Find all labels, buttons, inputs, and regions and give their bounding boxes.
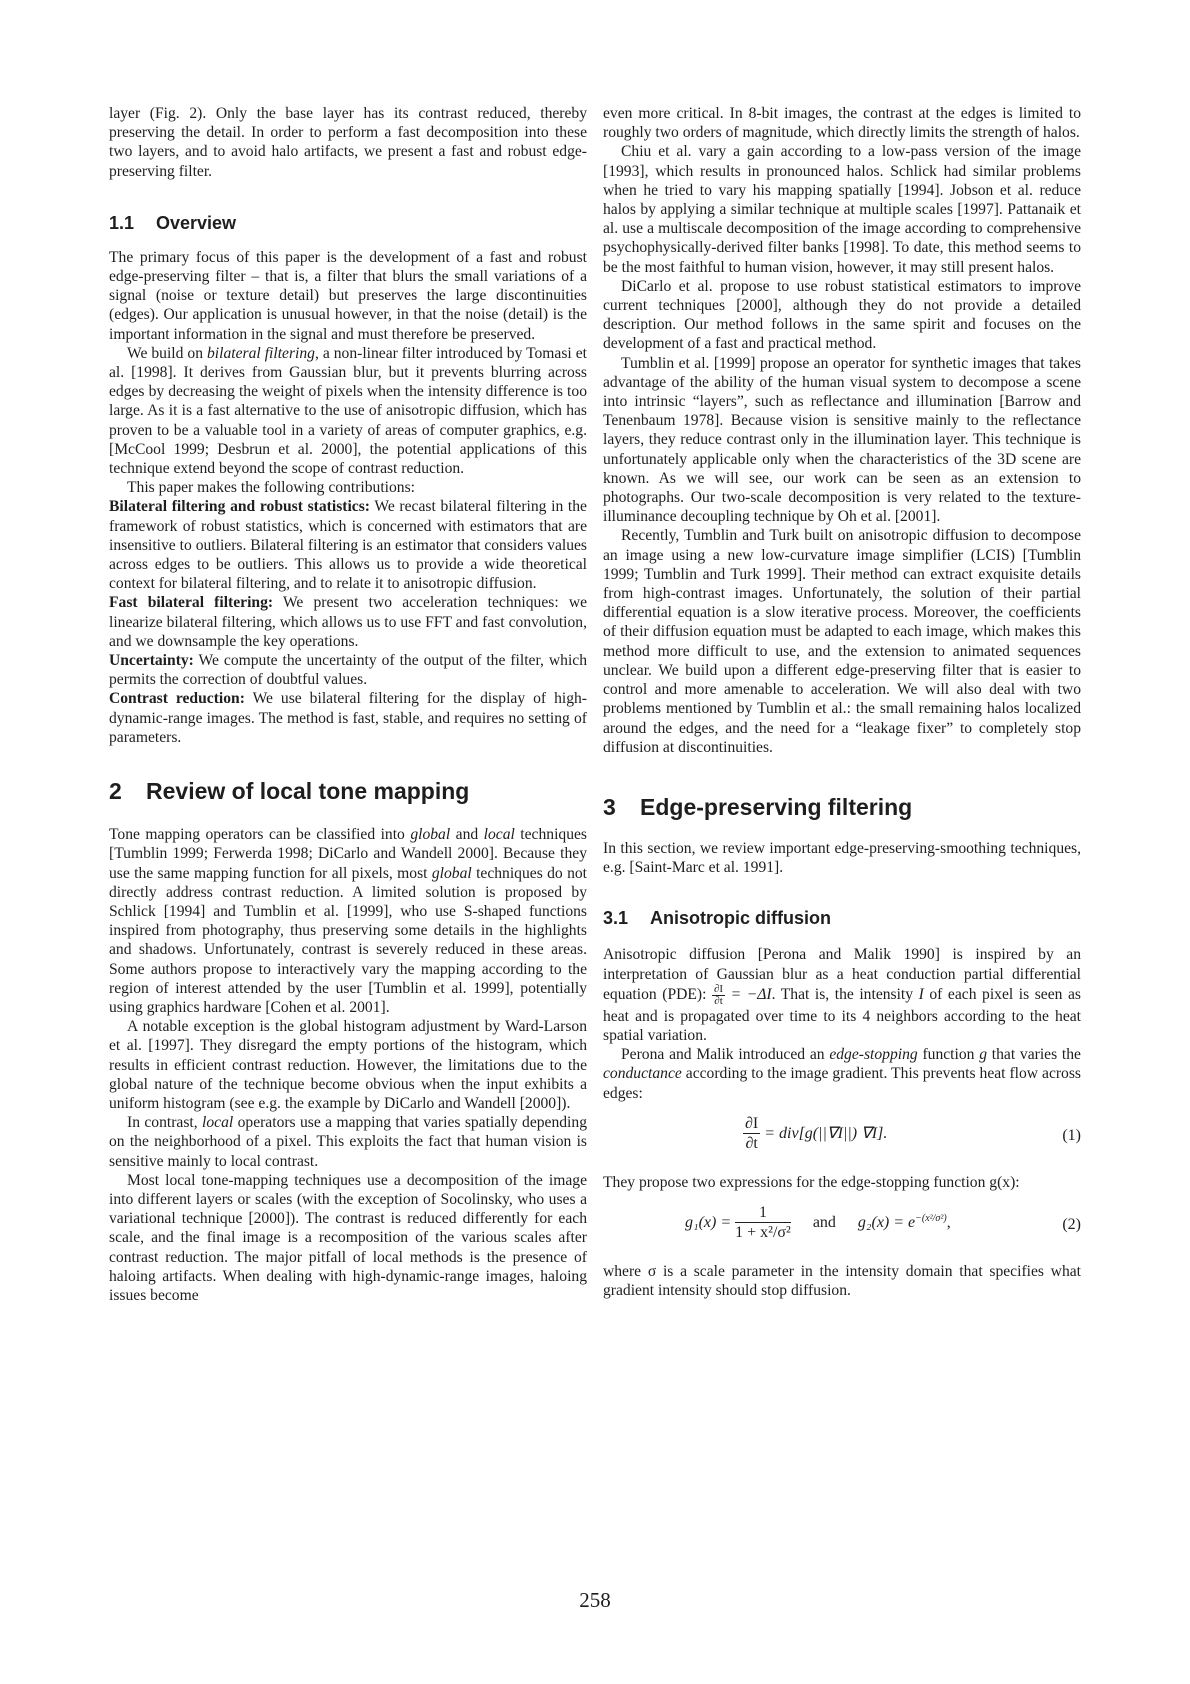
equation-body: g₁(x) = 11 + x²/σ² and g₂(x) = e−(x²/σ²)… [685,1204,951,1243]
equation-g2: g₂(x) = e [858,1214,915,1231]
text-span: We build on [127,345,207,362]
left-column: layer (Fig. 2). Only the base layer has … [109,104,587,1305]
equation-body: ∂I∂t = div[g(||∇I||) ∇I]. [743,1115,887,1154]
contribution-item: Fast bilateral filtering: We present two… [109,593,587,651]
emphasis: edge-stopping [829,1046,917,1063]
review-paragraph-2: A notable exception is the global histog… [109,1017,587,1113]
overview-paragraph-2: We build on bilateral filtering, a non-l… [109,344,587,478]
right-paragraph-2: Chiu et al. vary a gain according to a l… [603,142,1081,276]
contribution-label: Bilateral filtering and robust statistic… [109,498,370,515]
contribution-label: Uncertainty: [109,652,194,669]
text-span: In contrast, [127,1114,202,1131]
fraction: ∂I∂t [743,1115,760,1154]
review-paragraph-3: In contrast, local operators use a mappi… [109,1113,587,1171]
contribution-item: Uncertainty: We compute the uncertainty … [109,651,587,689]
right-paragraph-3: DiCarlo et al. propose to use robust sta… [603,277,1081,354]
anisotropic-paragraph-2: Perona and Malik introduced an edge-stop… [603,1045,1081,1103]
equation-g1: g₁(x) = [685,1214,731,1231]
equation-tail: , [947,1214,951,1231]
section-heading-1-1: 1.1Overview [109,212,587,234]
overview-paragraph-3: This paper makes the following contribut… [109,478,587,497]
equation-2: g₁(x) = 11 + x²/σ² and g₂(x) = e−(x²/σ²)… [603,1204,1081,1250]
section-title: Anisotropic diffusion [650,908,831,928]
emphasis: local [202,1114,233,1131]
edge-preserving-intro: In this section, we review important edg… [603,839,1081,877]
section-title: Review of local tone mapping [146,778,469,804]
equation-label: (2) [1062,1216,1081,1234]
paper-page: layer (Fig. 2). Only the base layer has … [0,0,1190,1684]
equation-label: (1) [1062,1127,1081,1145]
contribution-label: Contrast reduction: [109,690,245,707]
text-span: techniques do not directly address contr… [109,865,587,1016]
section-heading-2: 2Review of local tone mapping [109,777,587,805]
intro-paragraph: layer (Fig. 2). Only the base layer has … [109,104,587,181]
section-number: 3.1 [603,907,650,929]
emphasis: local [484,826,515,843]
equation-rhs: = div[g(||∇I||) ∇I]. [764,1125,887,1142]
fraction-denominator: ∂t [712,996,725,1007]
right-paragraph-5: Recently, Tumblin and Turk built on anis… [603,526,1081,756]
fraction-numerator: ∂I [712,984,725,996]
right-paragraph-4: Tumblin et al. [1999] propose an operato… [603,354,1081,527]
right-column: even more critical. In 8-bit images, the… [603,104,1081,1300]
section-heading-3-1: 3.1Anisotropic diffusion [603,907,1081,929]
section-heading-3: 3Edge-preserving filtering [603,793,1081,821]
equation-conjunction: and [813,1214,836,1231]
right-paragraph-1: even more critical. In 8-bit images, the… [603,104,1081,142]
section-number: 1.1 [109,212,156,234]
section-title: Overview [156,213,236,233]
text-span: . That is, the intensity [772,986,919,1003]
section-number: 3 [603,793,640,821]
review-paragraph-4: Most local tone-mapping techniques use a… [109,1171,587,1305]
fraction-numerator: 1 [735,1204,791,1223]
anisotropic-paragraph-1: Anisotropic diffusion [Perona and Malik … [603,945,1081,1045]
text-span: Tone mapping operators can be classified… [109,826,410,843]
anisotropic-paragraph-4: where σ is a scale parameter in the inte… [603,1262,1081,1300]
text-span: and [450,826,483,843]
inline-fraction: ∂I∂t [712,984,725,1007]
text-span: , a non-linear filter introduced by Toma… [109,345,587,477]
page-number: 258 [0,1588,1190,1613]
section-title: Edge-preserving filtering [640,794,912,820]
emphasis: global [410,826,450,843]
text-span: Perona and Malik introduced an [621,1046,829,1063]
text-span: that varies the [987,1046,1081,1063]
text-span: function [918,1046,980,1063]
fraction: 11 + x²/σ² [735,1204,791,1243]
overview-paragraph-1: The primary focus of this paper is the d… [109,248,587,344]
review-paragraph-1: Tone mapping operators can be classified… [109,825,587,1017]
emphasis: conductance [603,1065,682,1082]
inline-equation: = −ΔI [725,986,772,1003]
fraction-denominator: 1 + x²/σ² [735,1223,791,1243]
fraction-denominator: ∂t [743,1134,760,1154]
contribution-item: Contrast reduction: We use bilateral fil… [109,689,587,747]
emphasis: global [432,865,472,882]
contribution-item: Bilateral filtering and robust statistic… [109,497,587,593]
equation-exponent: −(x²/σ²) [915,1213,947,1224]
emphasis: g [979,1046,987,1063]
equation-1: ∂I∂t = div[g(||∇I||) ∇I]. (1) [603,1115,1081,1161]
section-number: 2 [109,777,146,805]
fraction-numerator: ∂I [743,1115,760,1134]
anisotropic-paragraph-3: They propose two expressions for the edg… [603,1173,1081,1192]
emphasis: bilateral filtering [207,345,315,362]
contribution-label: Fast bilateral filtering: [109,594,273,611]
